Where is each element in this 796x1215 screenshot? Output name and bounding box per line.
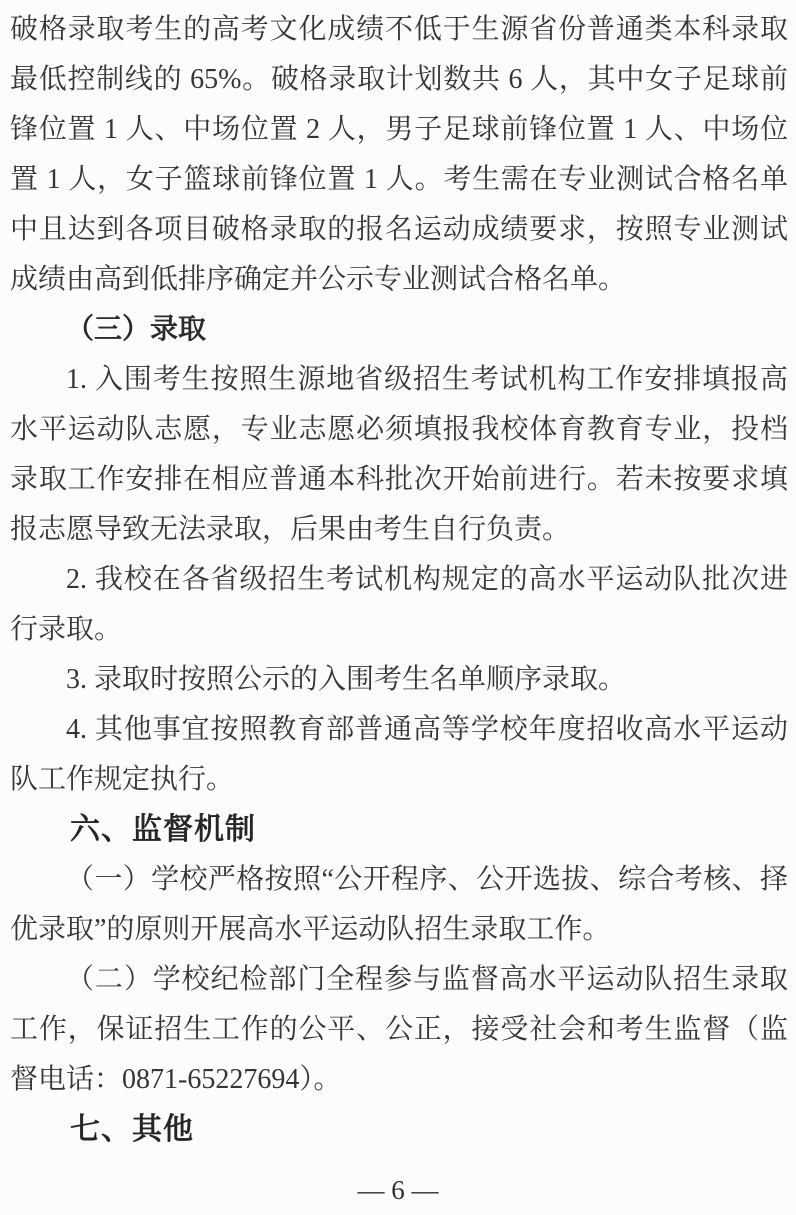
paragraph-item-2-batch-admission: 2. 我校在各省级招生考试机构规定的高水平运动队批次进行录取。	[10, 555, 788, 655]
section-heading-supervision-mechanism: 六、监督机制	[10, 805, 788, 855]
sub-heading-admission: （三）录取	[10, 305, 788, 355]
page-number: — 6 —	[0, 1173, 796, 1207]
paragraph-item-4-moe-regulations: 4. 其他事宜按照教育部普通高等学校年度招收高水平运动队工作规定执行。	[10, 705, 788, 805]
paragraph-breakthrough-admission: 破格录取考生的高考文化成绩不低于生源省份普通类本科录取最低控制线的 65%。破格…	[10, 5, 788, 305]
section-heading-others: 七、其他	[10, 1105, 788, 1155]
document-page: 破格录取考生的高考文化成绩不低于生源省份普通类本科录取最低控制线的 65%。破格…	[0, 0, 796, 1215]
paragraph-item-3-list-order: 3. 录取时按照公示的入围考生名单顺序录取。	[10, 655, 788, 705]
paragraph-item-1-volunteer-filing: 1. 入围考生按照生源地省级招生考试机构工作安排填报高水平运动队志愿，专业志愿必…	[10, 355, 788, 555]
paragraph-supervision-principles: （一）学校严格按照“公开程序、公开选拔、综合考核、择优录取”的原则开展高水平运动…	[10, 855, 788, 955]
paragraph-discipline-inspection-phone: （二）学校纪检部门全程参与监督高水平运动队招生录取工作，保证招生工作的公平、公正…	[10, 955, 788, 1105]
